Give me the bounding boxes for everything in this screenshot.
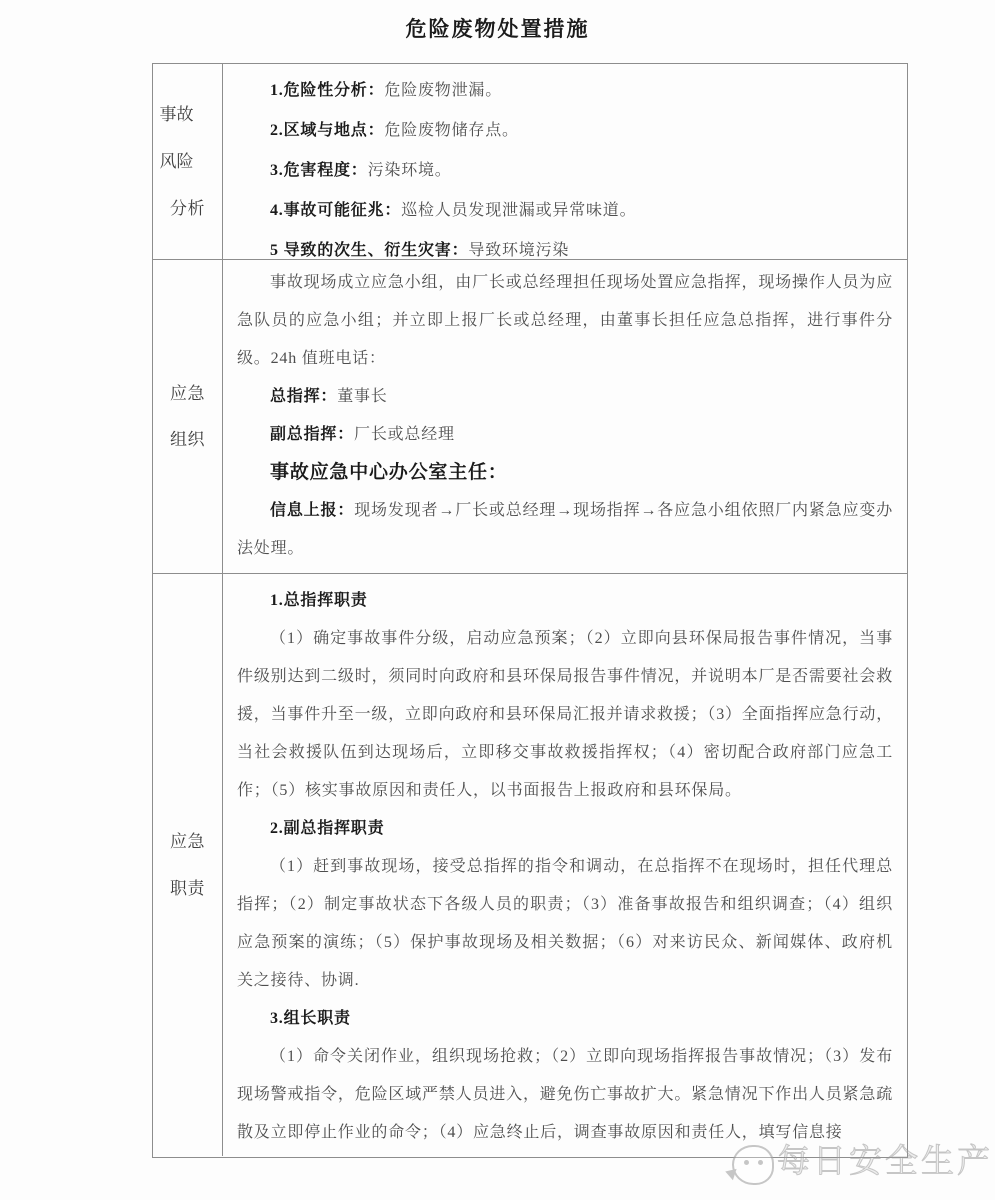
row-content-cell: 事故现场成立应急小组，由厂长或总经理担任现场处置应急指挥，现场操作人员为应急队员… <box>223 260 907 573</box>
text-line: 3.危害程度：污染环境。 <box>237 151 893 191</box>
text-line: 4.事故可能征兆：巡检人员发现泄漏或异常味道。 <box>237 191 893 231</box>
text-segment: 信息上报： <box>270 502 354 519</box>
table-row: 应急职责1.总指挥职责（1）确定事故事件分级，启动应急预案；（2）立即向县环保局… <box>153 573 907 1156</box>
text-segment: 3.危害程度： <box>270 162 368 179</box>
text-segment: 4.事故可能征兆： <box>270 202 401 219</box>
watermark: 每日安全生产 <box>732 1131 993 1185</box>
text-segment: （1）确定事故事件分级，启动应急预案；（2）立即向县环保局报告事件情况，当事件级… <box>237 630 893 799</box>
text-segment: 厂长或总经理 <box>354 426 455 443</box>
text-segment: （1）赶到事故现场，接受总指挥的指令和调动，在总指挥不在现场时，担任代理总指挥；… <box>237 858 893 989</box>
text-para: 事故现场成立应急小组，由厂长或总经理担任现场处置应急指挥，现场操作人员为应急队员… <box>237 264 893 378</box>
text-segment: 董事长 <box>337 388 387 405</box>
row-content-cell: 1.总指挥职责（1）确定事故事件分级，启动应急预案；（2）立即向县环保局报告事件… <box>223 574 907 1156</box>
text-line: 2.区域与地点：危险废物储存点。 <box>237 111 893 151</box>
text-segment: 2.区域与地点： <box>270 122 384 139</box>
row-label-cell: 应急职责 <box>153 574 223 1156</box>
text-segment: 1.危险性分析： <box>270 82 384 99</box>
chick-face-icon <box>732 1145 774 1185</box>
text-segment: 巡检人员发现泄漏或异常味道。 <box>401 202 636 219</box>
row-label-line: 组织 <box>170 431 205 448</box>
text-heading: 1.总指挥职责 <box>237 582 893 620</box>
text-para: 信息上报：现场发现者→厂长或总经理→现场指挥→各应急小组依照厂内紧急应变办法处理… <box>237 492 893 568</box>
row-label-line: 职责 <box>170 880 205 897</box>
hazard-measures-table: 事故风险分析1.危险性分析：危险废物泄漏。2.区域与地点：危险废物储存点。3.危… <box>152 63 908 1158</box>
text-heading: 3.组长职责 <box>237 1000 893 1038</box>
text-segment: （1）命令关闭作业，组织现场抢救；（2）立即向现场指挥报告事故情况；（3）发布现… <box>237 1048 893 1141</box>
text-segment: 事故现场成立应急小组，由厂长或总经理担任现场处置应急指挥，现场操作人员为应急队员… <box>237 274 893 367</box>
row-content-cell: 1.危险性分析：危险废物泄漏。2.区域与地点：危险废物储存点。3.危害程度：污染… <box>223 64 907 259</box>
text-segment: 污染环境。 <box>368 162 452 179</box>
text-segment: 1.总指挥职责 <box>270 592 368 609</box>
text-segment: 危险废物储存点。 <box>384 122 518 139</box>
text-para: （1）确定事故事件分级，启动应急预案；（2）立即向县环保局报告事件情况，当事件级… <box>237 620 893 810</box>
table-row: 应急组织事故现场成立应急小组，由厂长或总经理担任现场处置应急指挥，现场操作人员为… <box>153 259 907 573</box>
text-segment: 5 导致的次生、衍生灾害： <box>270 242 468 259</box>
watermark-eye-right <box>758 1160 763 1165</box>
row-label-cell: 事故风险分析 <box>153 64 223 259</box>
row-label-line: 分析 <box>170 200 205 217</box>
table-row: 事故风险分析1.危险性分析：危险废物泄漏。2.区域与地点：危险废物储存点。3.危… <box>153 64 907 259</box>
text-segment: 导致环境污染 <box>468 242 569 259</box>
text-line: 副总指挥：厂长或总经理 <box>237 416 893 454</box>
text-line: 1.危险性分析：危险废物泄漏。 <box>237 71 893 111</box>
text-heading: 2.副总指挥职责 <box>237 810 893 848</box>
text-line: 总指挥：董事长 <box>237 378 893 416</box>
text-para: （1）赶到事故现场，接受总指挥的指令和调动，在总指挥不在现场时，担任代理总指挥；… <box>237 848 893 1000</box>
watermark-text: 每日安全生产 <box>777 1135 993 1182</box>
row-label-line: 应急 <box>170 385 205 402</box>
watermark-tail-shape <box>723 1166 736 1181</box>
text-segment: 副总指挥： <box>270 426 354 443</box>
row-label-line: 风险 <box>160 153 216 170</box>
text-segment: 危险废物泄漏。 <box>384 82 502 99</box>
row-label-cell: 应急组织 <box>153 260 223 573</box>
row-label-line: 事故 <box>160 106 216 123</box>
text-segment: 3.组长职责 <box>270 1010 351 1027</box>
text-segment: 总指挥： <box>270 388 337 405</box>
text-line: 5 导致的次生、衍生灾害：导致环境污染 <box>237 231 893 259</box>
text-segment: 2.副总指挥职责 <box>270 820 384 837</box>
text-segment: 事故应急中心办公室主任： <box>270 462 508 483</box>
row-label-line: 应急 <box>170 833 205 850</box>
text-bigline: 事故应急中心办公室主任： <box>237 454 893 492</box>
watermark-eye-left <box>744 1160 749 1165</box>
page-title: 危险废物处置措施 <box>0 13 995 43</box>
